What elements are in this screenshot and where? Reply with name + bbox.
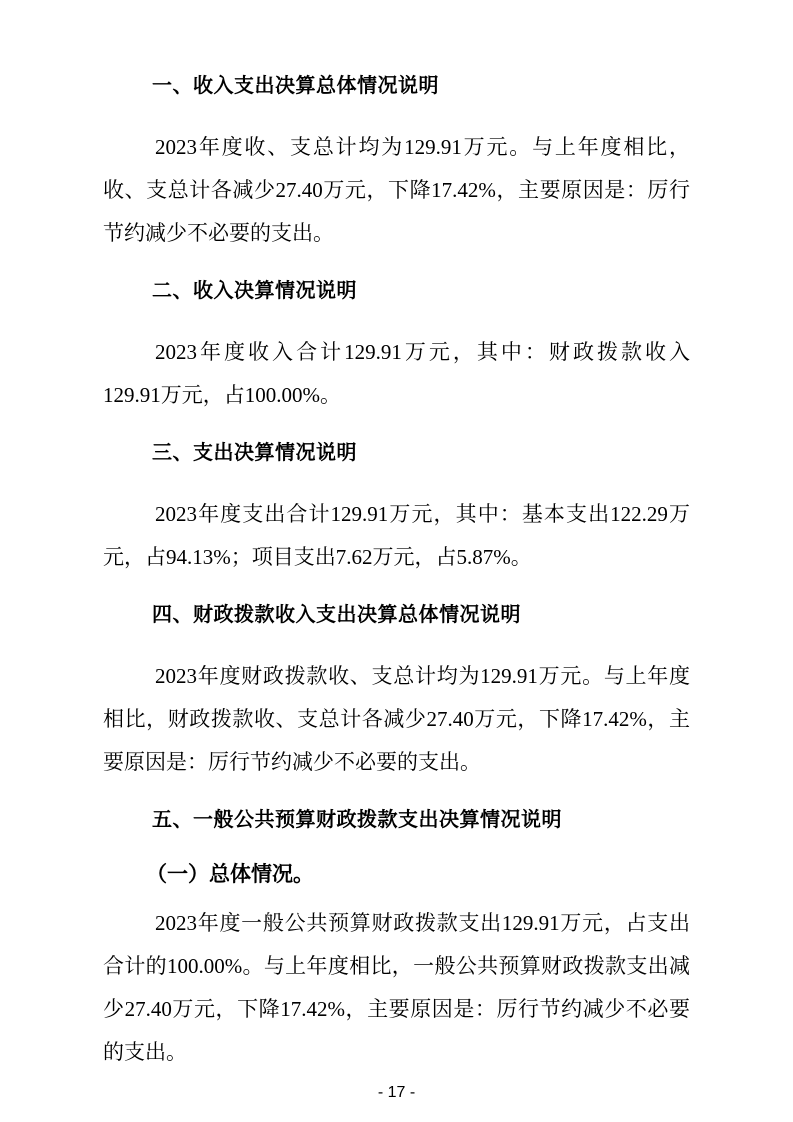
section-2-heading: 二、收入决算情况说明 bbox=[103, 277, 690, 305]
section-1-heading: 一、收入支出决算总体情况说明 bbox=[103, 72, 690, 100]
section-2-paragraph: 2023年度收入合计129.91万元，其中：财政拨款收入129.91万元，占10… bbox=[103, 331, 690, 417]
section-expenditure-settlement: 三、支出决算情况说明 2023年度支出合计129.91万元，其中：基本支出122… bbox=[103, 439, 690, 579]
section-income-settlement: 二、收入决算情况说明 2023年度收入合计129.91万元，其中：财政拨款收入1… bbox=[103, 277, 690, 417]
section-income-expenditure-overview: 一、收入支出决算总体情况说明 2023年度收、支总计均为129.91万元。与上年… bbox=[103, 72, 690, 255]
section-5-paragraph: 2023年度一般公共预算财政拨款支出129.91万元，占支出合计的100.00%… bbox=[103, 902, 690, 1074]
section-1-paragraph: 2023年度收、支总计均为129.91万元。与上年度相比，收、支总计各减少27.… bbox=[103, 126, 690, 255]
section-fiscal-appropriation-overview: 四、财政拨款收入支出决算总体情况说明 2023年度财政拨款收、支总计均为129.… bbox=[103, 601, 690, 784]
section-5-subheading: （一）总体情况。 bbox=[103, 860, 690, 888]
section-3-paragraph: 2023年度支出合计129.91万元，其中：基本支出122.29万元，占94.1… bbox=[103, 493, 690, 579]
section-public-budget-expenditure: 五、一般公共预算财政拨款支出决算情况说明 （一）总体情况。 2023年度一般公共… bbox=[103, 806, 690, 1074]
page-number: - 17 - bbox=[0, 1084, 793, 1102]
section-4-heading: 四、财政拨款收入支出决算总体情况说明 bbox=[103, 601, 690, 629]
section-4-paragraph: 2023年度财政拨款收、支总计均为129.91万元。与上年度相比，财政拨款收、支… bbox=[103, 655, 690, 784]
document-page: 一、收入支出决算总体情况说明 2023年度收、支总计均为129.91万元。与上年… bbox=[0, 0, 793, 1122]
section-5-heading: 五、一般公共预算财政拨款支出决算情况说明 bbox=[103, 806, 690, 834]
section-3-heading: 三、支出决算情况说明 bbox=[103, 439, 690, 467]
